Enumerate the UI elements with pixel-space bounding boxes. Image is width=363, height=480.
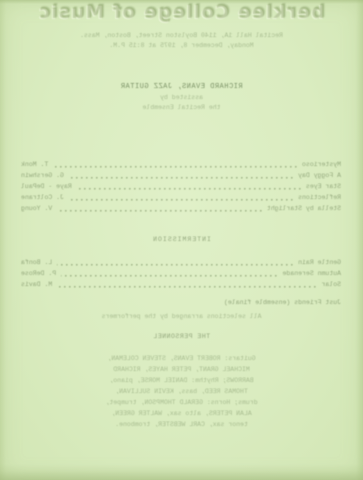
personnel-heading: THE PERSONNEL — [0, 333, 363, 340]
personnel-line: tenor sax, CARL WEBSTER, trombone. — [0, 421, 363, 432]
recital-header-block: RICHARD EVANS, JAZZ GUITAR assisted by t… — [0, 83, 363, 115]
dot-leader — [53, 165, 297, 168]
intermission-label: INTERMISSION — [0, 236, 363, 243]
dot-leader — [61, 274, 277, 277]
encore-line: Just Friends (ensemble finale) — [224, 299, 341, 306]
dot-leader — [69, 198, 293, 201]
assisted-line: assisted by — [0, 94, 363, 105]
program-row: Solar M. Davis — [21, 281, 341, 292]
program-row: Gentle Rain L. Bonfa — [21, 259, 341, 270]
arranged-credit-line: All selections arranged by the performer… — [0, 313, 363, 320]
program-row: Reflections J. Coltrane — [21, 194, 341, 205]
piece-composer: P. DeRose — [21, 270, 56, 277]
piece-composer: T. Monk — [21, 161, 48, 168]
piece-title: Reflections — [298, 194, 341, 201]
personnel-list: Guitars: ROBERT EVANS, STEVEN COLEMAN, M… — [0, 355, 363, 432]
personnel-line: BARROWS; Rhythm: DANIEL MORSE, piano, — [0, 377, 363, 388]
performer-line: RICHARD EVANS, JAZZ GUITAR — [0, 83, 363, 94]
bleed-through-layer: berklee College of Music Recital Hall 1A… — [0, 0, 363, 480]
piece-title: Mysterioso — [302, 161, 341, 168]
piece-title: Solar — [321, 281, 341, 288]
piece-composer: G. Gershwin — [21, 172, 64, 179]
personnel-line: THOMAS REED, bass, KEVIN SULLIVAN, — [0, 388, 363, 399]
piece-composer: Raye - DePaul — [21, 183, 72, 190]
piece-composer: L. Bonfa — [21, 259, 52, 266]
dot-leader — [69, 176, 293, 179]
scanned-program-page-back: berklee College of Music Recital Hall 1A… — [0, 0, 363, 480]
personnel-line: ALAN PETERS, alto sax, WALTER GREEN, — [0, 410, 363, 421]
piece-title: Stella by Starlight — [267, 205, 341, 212]
dot-leader — [57, 285, 316, 288]
program-row: Stella by Starlight V. Young — [21, 205, 341, 216]
piece-composer: V. Young — [21, 205, 52, 212]
program-row: A Foggy Day G. Gershwin — [21, 172, 341, 183]
piece-title: Autumn Serenade — [282, 270, 341, 277]
program-list-part1: Mysterioso T. Monk A Foggy Day G. Gershw… — [21, 161, 341, 216]
program-row: Star Eyes Raye - DePaul — [21, 183, 341, 194]
program-list-part2: Gentle Rain L. Bonfa Autumn Serenade P. … — [21, 259, 341, 292]
dot-leader — [77, 187, 301, 190]
piece-title: A Foggy Day — [298, 172, 341, 179]
dot-leader — [57, 209, 262, 212]
piece-title: Gentle Rain — [298, 259, 341, 266]
personnel-line: drums; Horns: GERALD THOMPSON, trumpet, — [0, 399, 363, 410]
personnel-line: MICHAEL GRANT, PETER HAYES, RICHARD — [0, 366, 363, 377]
personnel-line: Guitars: ROBERT EVANS, STEVEN COLEMAN, — [0, 355, 363, 366]
letterhead-address-line: Recital Hall 1A, 1140 Boylston Street, B… — [0, 32, 363, 39]
piece-composer: J. Coltrane — [21, 194, 64, 201]
piece-title: Star Eyes — [306, 183, 341, 190]
program-row: Mysterioso T. Monk — [21, 161, 341, 172]
dot-leader — [57, 263, 293, 266]
college-masthead-title: berklee College of Music — [0, 1, 363, 23]
piece-composer: M. Davis — [21, 281, 52, 288]
program-row: Autumn Serenade P. DeRose — [21, 270, 341, 281]
series-line: the Recital Ensemble — [0, 104, 363, 115]
letterhead-date-line: Monday, December 8, 1975 at 8:15 P.M. — [0, 42, 363, 49]
